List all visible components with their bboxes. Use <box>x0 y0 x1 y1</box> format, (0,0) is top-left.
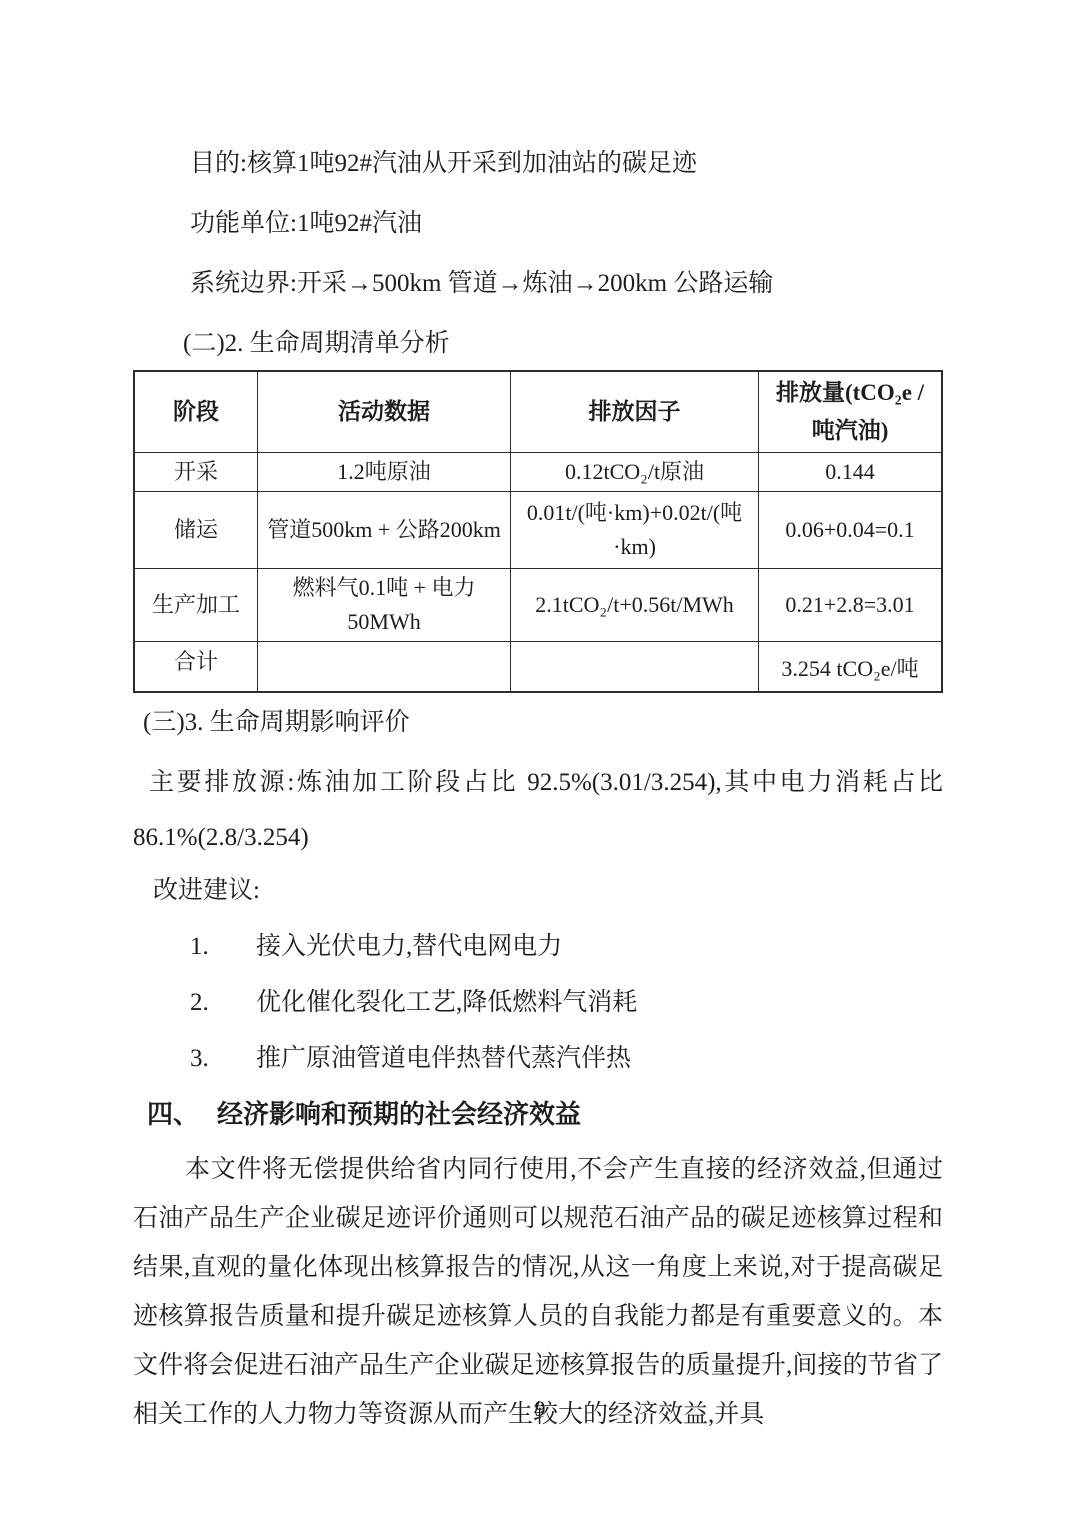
economic-benefit-paragraph: 本文件将无偿提供给省内同行使用,不会产生直接的经济效益,但通过石油产品生产企业碳… <box>133 1145 943 1439</box>
suggestion-item: 2. 优化催化裂化工艺,降低燃料气消耗 <box>133 989 943 1017</box>
suggestion-number: 3. <box>190 1045 256 1073</box>
purpose-line: 目的:核算1吨92#汽油从开采到加油站的碳足迹 <box>133 150 943 178</box>
cell-activity <box>258 642 511 693</box>
cell-factor: 0.01t/(吨·km)+0.02t/(吨·km) <box>511 492 759 569</box>
cell-stage: 开采 <box>134 453 258 492</box>
lci-table: 阶段 活动数据 排放因子 排放量(tCO₂e / 吨汽油) 开采 1.2吨原油 … <box>133 370 943 693</box>
section-inventory-heading: (二)2. 生命周期清单分析 <box>133 330 943 358</box>
section-title: 经济影响和预期的社会经济效益 <box>217 1100 581 1129</box>
system-boundary-line: 系统边界:开采→500km 管道→炼油→200km 公路运输 <box>133 270 943 298</box>
cell-stage: 生产加工 <box>134 569 258 642</box>
main-emission-sources-text: 主要排放源:炼油加工阶段占比 92.5%(3.01/3.254),其中电力消耗占… <box>133 755 943 865</box>
suggestion-number: 1. <box>190 933 256 961</box>
table-row: 开采 1.2吨原油 0.12tCO₂/t原油 0.144 <box>134 453 942 492</box>
cell-emission: 0.06+0.04=0.1 <box>759 492 942 569</box>
cell-stage: 合计 <box>134 642 258 693</box>
cell-activity: 燃料气0.1吨 + 电力 50MWh <box>258 569 511 642</box>
table-row: 储运 管道500km + 公路200km 0.01t/(吨·km)+0.02t/… <box>134 492 942 569</box>
cell-emission: 3.254 tCO₂e/吨 <box>759 642 942 693</box>
suggestion-text: 接入光伏电力,替代电网电力 <box>256 933 562 961</box>
col-header-stage: 阶段 <box>134 371 258 453</box>
functional-unit-line: 功能单位:1吨92#汽油 <box>133 210 943 238</box>
suggestion-item: 3. 推广原油管道电伴热替代蒸汽伴热 <box>133 1045 943 1073</box>
cell-activity: 1.2吨原油 <box>258 453 511 492</box>
cell-stage: 储运 <box>134 492 258 569</box>
table-row: 生产加工 燃料气0.1吨 + 电力 50MWh 2.1tCO₂/t+0.56t/… <box>134 569 942 642</box>
cell-emission: 0.144 <box>759 453 942 492</box>
col-header-activity: 活动数据 <box>258 371 511 453</box>
suggestion-text: 推广原油管道电伴热替代蒸汽伴热 <box>256 1045 631 1073</box>
cell-factor: 0.12tCO₂/t原油 <box>511 453 759 492</box>
suggestion-item: 1. 接入光伏电力,替代电网电力 <box>133 933 943 961</box>
col-header-emission: 排放量(tCO₂e / 吨汽油) <box>759 371 942 453</box>
cell-factor <box>511 642 759 693</box>
col-header-factor: 排放因子 <box>511 371 759 453</box>
table-row-total: 合计 3.254 tCO₂e/吨 <box>134 642 942 693</box>
section-number: 四、 <box>147 1100 199 1129</box>
suggestion-number: 2. <box>190 989 256 1017</box>
section-economic-heading: 四、经济影响和预期的社会经济效益 <box>133 1101 943 1129</box>
document-page: 目的:核算1吨92#汽油从开采到加油站的碳足迹 功能单位:1吨92#汽油 系统边… <box>0 0 1080 1527</box>
section-impact-heading: (三)3. 生命周期影响评价 <box>133 709 943 737</box>
improvement-suggestions-label: 改进建议: <box>133 877 943 905</box>
suggestion-text: 优化催化裂化工艺,降低燃料气消耗 <box>256 989 637 1017</box>
cell-activity: 管道500km + 公路200km <box>258 492 511 569</box>
cell-factor: 2.1tCO₂/t+0.56t/MWh <box>511 569 759 642</box>
cell-emission: 0.21+2.8=3.01 <box>759 569 942 642</box>
page-number: 9 <box>0 1396 1080 1422</box>
table-header-row: 阶段 活动数据 排放因子 排放量(tCO₂e / 吨汽油) <box>134 371 942 453</box>
